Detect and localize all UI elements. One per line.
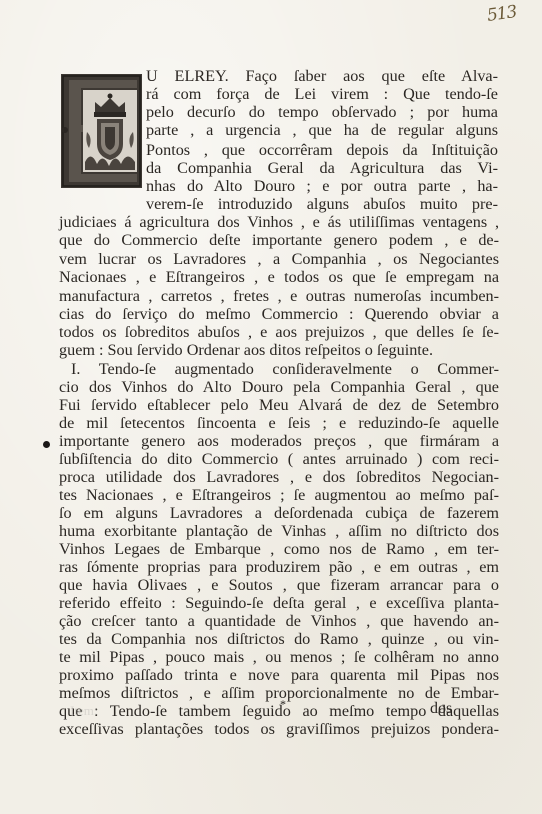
text-line: Vinhos Legaes de Embarque , como nos de … xyxy=(59,540,499,558)
text-line: da Companhia Geral da Agricultura das Vi… xyxy=(146,159,498,177)
text-line: ſubſiſtencia do dito Commercio ( antes a… xyxy=(59,450,499,468)
text-line: rá com força de Lei virem : Que tendo-ſe xyxy=(146,85,498,103)
text-line: ras ſómente proprias para produzirem pão… xyxy=(59,558,499,576)
text-line: Fui ſervido eſtablecer pelo Meu Alvará d… xyxy=(59,396,499,414)
text-line: Nacionaes , e Eſtrangeiros , e todos os … xyxy=(59,268,499,286)
folio-number: 513 xyxy=(486,2,518,26)
text-line: referido effeito : Seguindo-ſe deſta ger… xyxy=(59,594,499,612)
text-line: cias do ſerviço do meſmo Commercio : Que… xyxy=(59,305,499,323)
text-line: importante genero aos moderados preços ,… xyxy=(59,432,499,450)
signature-mark: * xyxy=(280,697,286,712)
text-line: judiciaes á agricultura dos Vinhos , e á… xyxy=(59,213,499,231)
text-line: nhas do Alto Douro ; e por outra parte ,… xyxy=(146,177,498,195)
text-line: de mil ſetecentos ſincoenta e ſeis ; e r… xyxy=(59,414,499,432)
catchword: dos xyxy=(430,700,452,718)
text-line: pelo decurſo do tempo obſervado ; por hu… xyxy=(146,103,498,121)
text-line: ſo em alguns Lavradores a deſordenada cu… xyxy=(59,504,499,522)
text-line: exceſſivas plantações todos os graviſſim… xyxy=(59,720,499,738)
text-line: huma exorbitante plantação de Vinhas , a… xyxy=(59,522,499,540)
text-line: tes Nacionaes , e Eſtrangeiros ; ſe augm… xyxy=(59,486,499,504)
text-line: que havia Olivaes , e Soutos , que fizer… xyxy=(59,576,499,594)
document-page: 513 U ELREY. Faço ſaber aos que eſte Alv… xyxy=(0,0,542,814)
text-line: tes da Companhia nos diſtrictos do Ramo … xyxy=(59,630,499,648)
text-line: vem lucrar os Lavradores , a Companhia ,… xyxy=(59,250,499,268)
section-heading-line: I. Tendo-ſe augmentado conſideravelmente… xyxy=(71,360,499,378)
text-line: U ELREY. Faço ſaber aos que eſte Alva- xyxy=(146,67,498,85)
text-line: que do Commercio deſte importante genero… xyxy=(59,231,499,249)
text-line: proximo paſſado trinta e nove para quare… xyxy=(59,666,499,684)
text-line: parte , a urgencia , que ha de regular a… xyxy=(146,121,498,139)
margin-mark-dot-icon xyxy=(43,441,50,448)
ornamental-dropcap-e-icon xyxy=(59,72,144,190)
text-line: manufactura , carretos , fretes , e outr… xyxy=(59,287,499,305)
text-line: cio dos Vinhos do Alto Douro pela Compan… xyxy=(59,378,499,396)
text-line: te mil Pipas , pouco mais , ou menos ; ſ… xyxy=(59,648,499,666)
text-line: ção creſcer tanto a quantidade de Vinhos… xyxy=(59,612,499,630)
text-line: proca utilidade dos Lavradores , e dos ſ… xyxy=(59,468,499,486)
text-line: Pontos , que occorrêram depois da Inſtit… xyxy=(146,141,498,159)
text-line: verem-ſe introduzido alguns abuſos muito… xyxy=(146,195,498,213)
text-line: todos os ſobreditos abuſos , e aos preju… xyxy=(59,323,499,341)
text-line: guem : Sou ſervido Ordenar aos ditos reſ… xyxy=(59,341,499,359)
bleedthrough-text: Item: xyxy=(70,703,97,719)
